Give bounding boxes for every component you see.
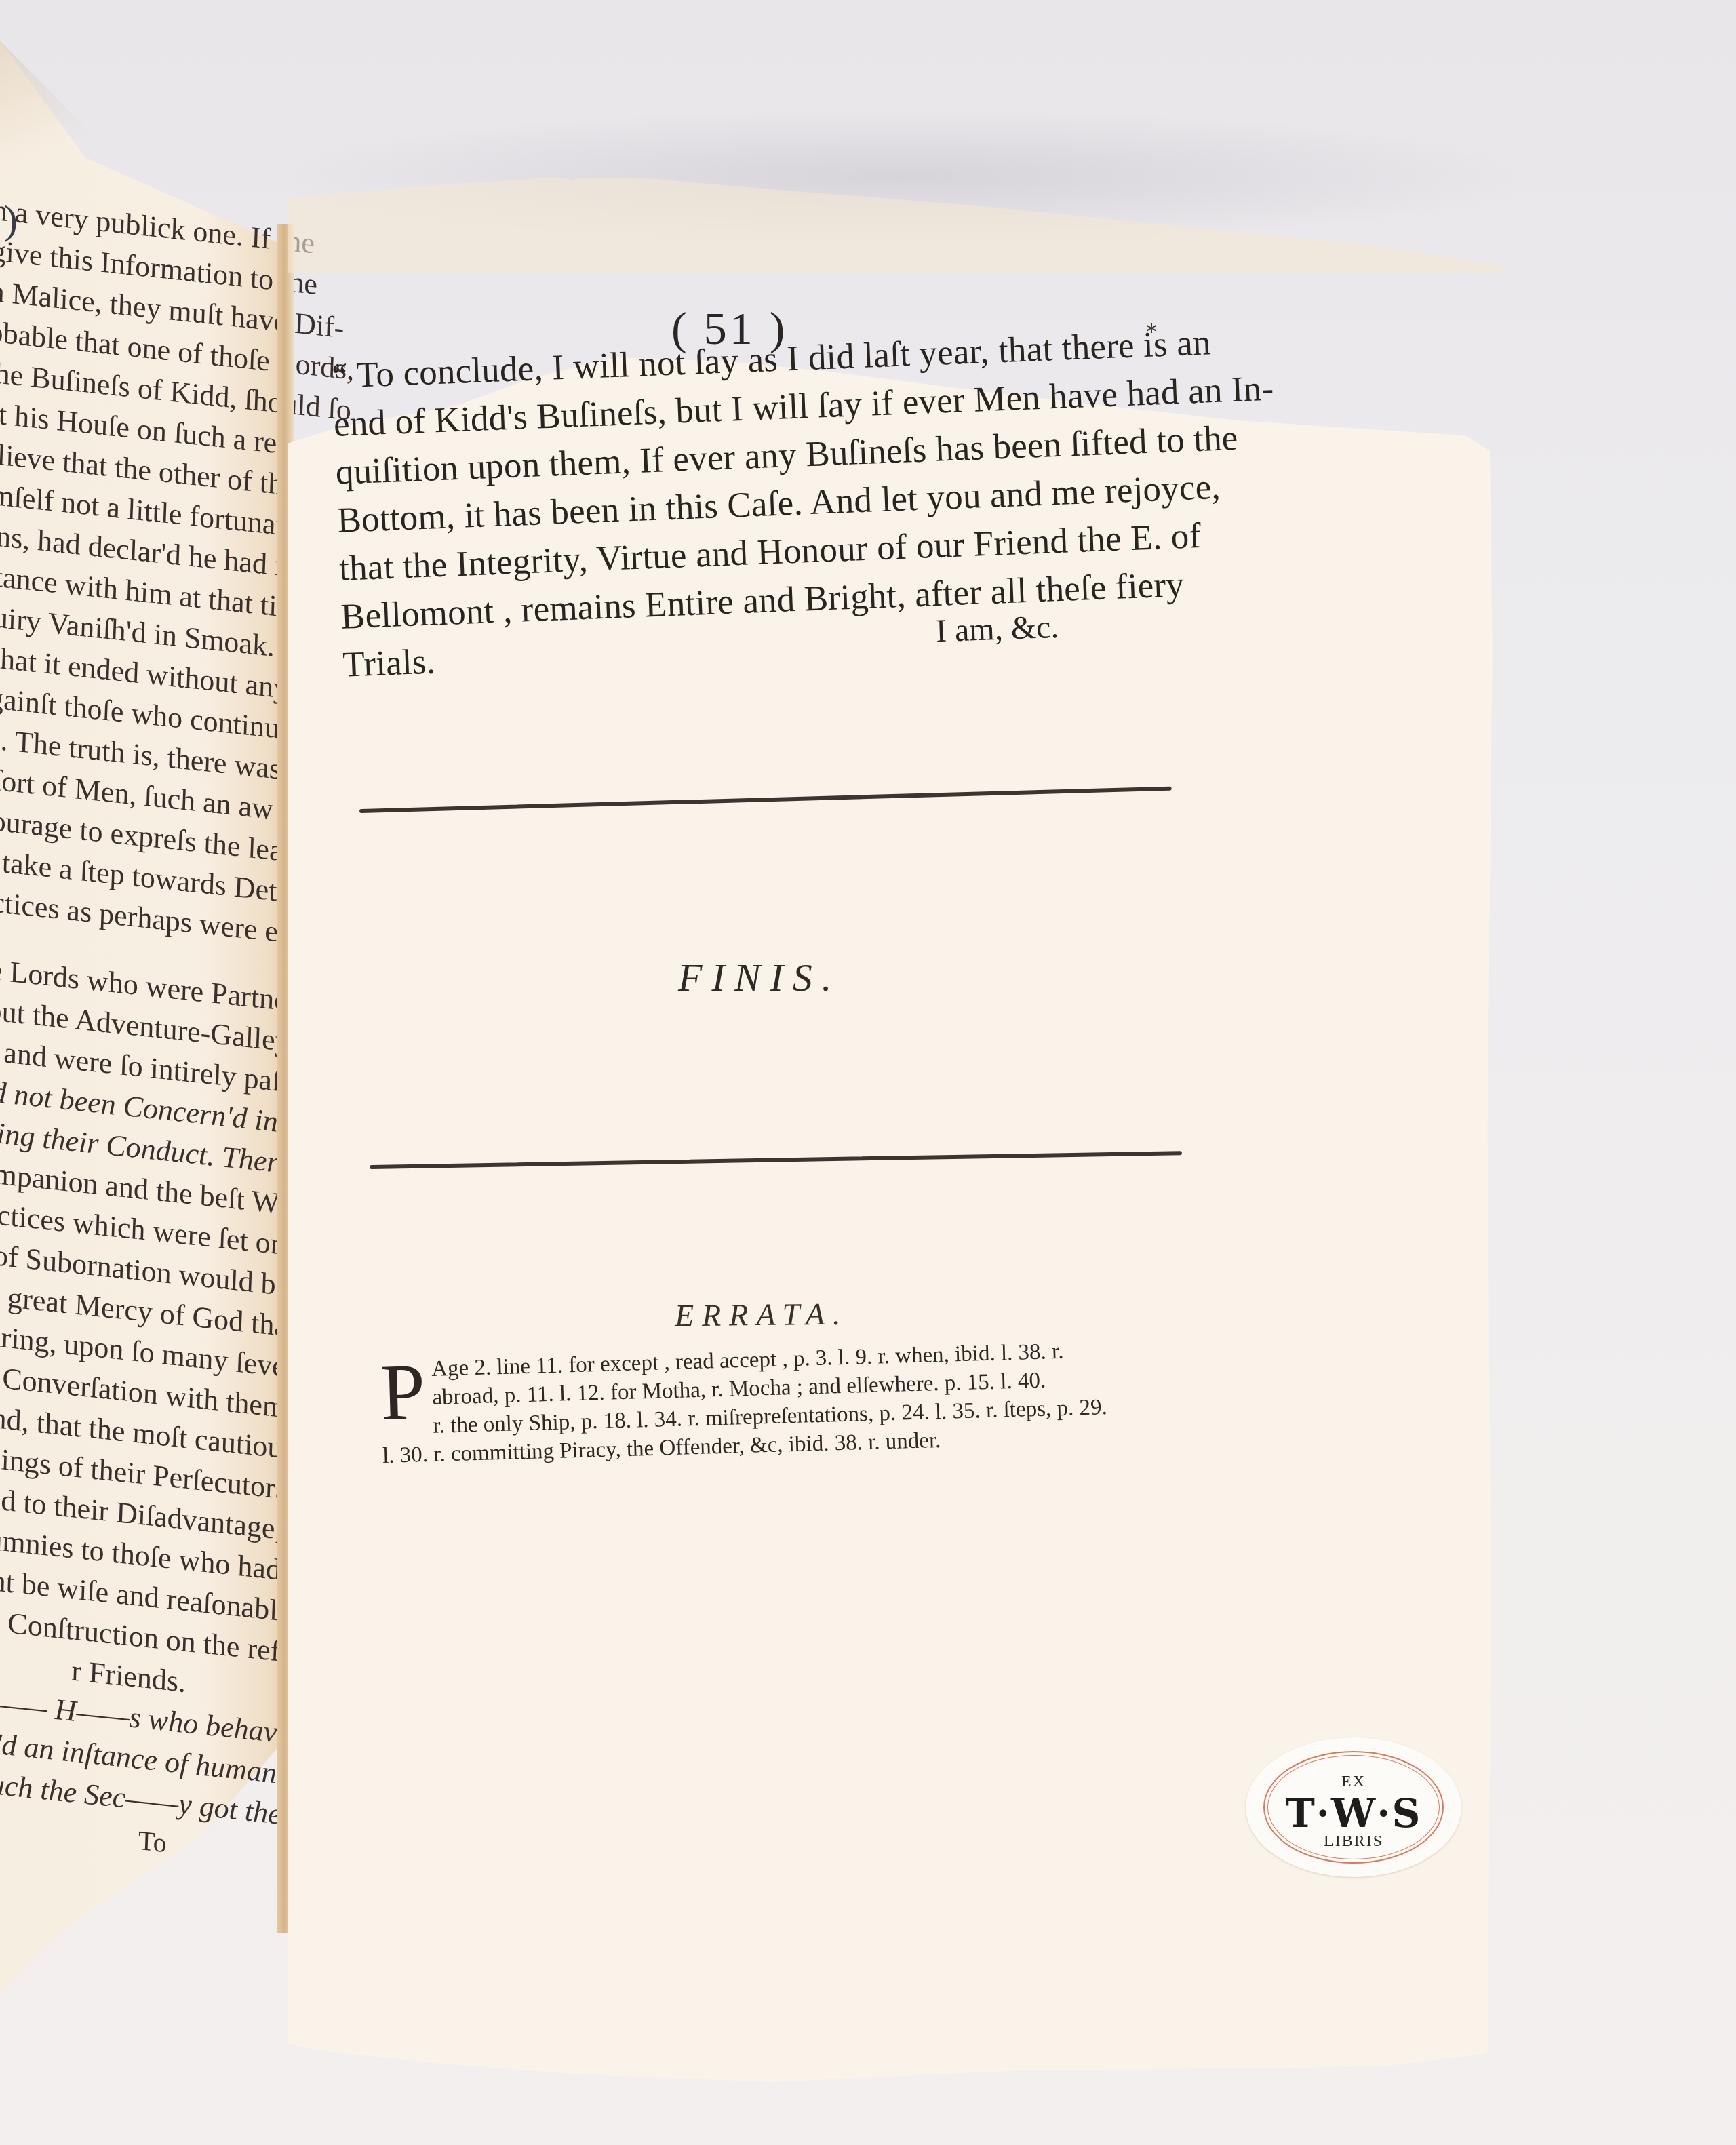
bookplate-libris: LIBRIS bbox=[1246, 1832, 1461, 1851]
bookplate-monogram: T·W·S bbox=[1246, 1790, 1461, 1836]
drop-cap: P bbox=[380, 1359, 426, 1425]
signoff: I am, &c. bbox=[935, 608, 1059, 650]
finis-heading: FINIS. bbox=[678, 955, 841, 1000]
bookplate-ex: EX bbox=[1246, 1773, 1461, 1791]
errata-text: P Age 2. line 11. for except , read acce… bbox=[380, 1333, 1203, 1470]
left-page-text: n a very publick one. If the give this I… bbox=[0, 190, 237, 1865]
torn-top-edge bbox=[288, 178, 1502, 273]
errata-heading: ERRATA. bbox=[675, 1296, 849, 1334]
ex-libris-bookplate: EX T·W·S LIBRIS bbox=[1246, 1737, 1461, 1877]
